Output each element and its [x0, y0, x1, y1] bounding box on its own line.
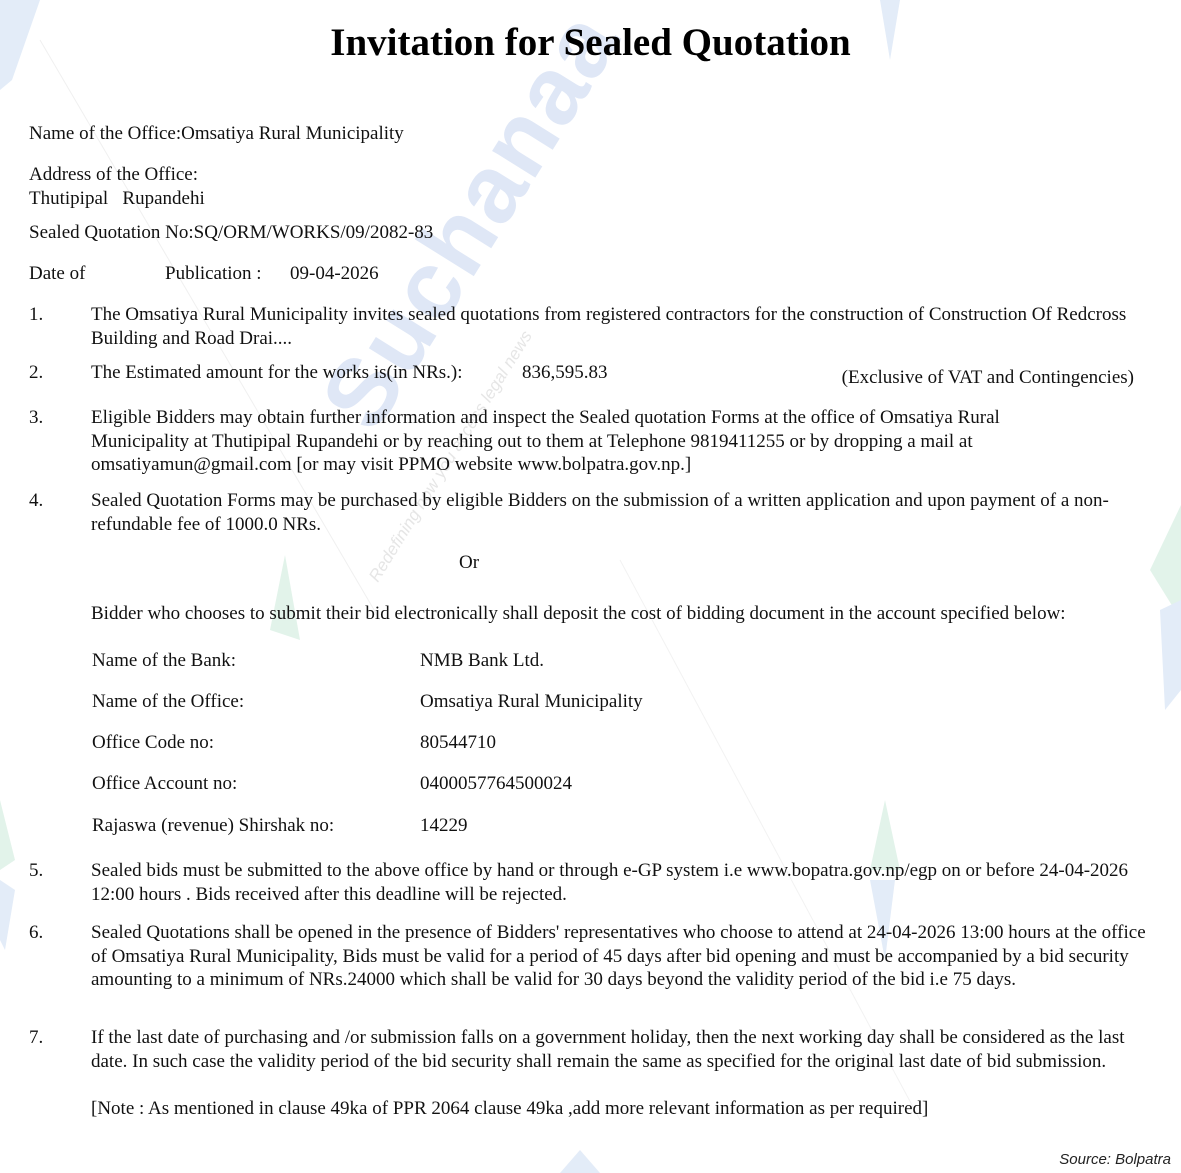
account-number-value: 0400057764500024 [420, 773, 572, 795]
office-code-label: Office Code no: [92, 732, 214, 754]
date-label-2: Publication : [165, 262, 262, 286]
office-name-line: Name of the Office:Omsatiya Rural Munici… [29, 122, 404, 146]
bank-name-value: NMB Bank Ltd. [420, 650, 544, 672]
office-address-label: Address of the Office: [29, 163, 198, 187]
quotation-number-line: Sealed Quotation No:SQ/ORM/WORKS/09/2082… [29, 221, 433, 245]
revenue-shirshak-value: 14229 [420, 815, 468, 837]
clause-6-number: 6. [29, 921, 43, 945]
clause-7-text: If the last date of purchasing and /or s… [91, 1026, 1156, 1073]
or-separator: Or [459, 551, 479, 575]
source-credit: Source: Bolpatra [1059, 1151, 1171, 1168]
bank-office-value: Omsatiya Rural Municipality [420, 691, 643, 713]
electronic-deposit-text: Bidder who chooses to submit their bid e… [91, 602, 1066, 626]
amount-note: (Exclusive of VAT and Contingencies) [842, 366, 1134, 390]
clause-1-number: 1. [29, 303, 43, 327]
clause-3-number: 3. [29, 406, 43, 430]
clause-1-text: The Omsatiya Rural Municipality invites … [91, 303, 1153, 350]
account-number-label: Office Account no: [92, 773, 237, 795]
clause-6-text: Sealed Quotations shall be opened in the… [91, 921, 1156, 992]
clause-3-text: Eligible Bidders may obtain further info… [91, 406, 1091, 477]
clause-7-note: [Note : As mentioned in clause 49ka of P… [91, 1097, 928, 1121]
office-address-value: Thutipipal Rupandehi [29, 187, 205, 211]
office-name-value: Omsatiya Rural Municipality [181, 123, 404, 144]
page-title: Invitation for Sealed Quotation [0, 20, 1181, 65]
bank-office-label: Name of the Office: [92, 691, 244, 713]
quotation-number-label: Sealed Quotation No: [29, 222, 194, 243]
date-label-1: Date of [29, 262, 85, 286]
clause-5-text: Sealed bids must be submitted to the abo… [91, 859, 1156, 906]
clause-5-number: 5. [29, 859, 43, 883]
office-name-label: Name of the Office: [29, 123, 181, 144]
estimated-amount: 836,595.83 [522, 361, 608, 385]
clause-2-text: The Estimated amount for the works is(in… [91, 361, 463, 385]
quotation-number-value: SQ/ORM/WORKS/09/2082-83 [194, 222, 434, 243]
publication-date: 09-04-2026 [290, 262, 379, 286]
clause-4-number: 4. [29, 489, 43, 513]
revenue-shirshak-label: Rajaswa (revenue) Shirshak no: [92, 815, 334, 837]
clause-7-number: 7. [29, 1026, 43, 1050]
office-code-value: 80544710 [420, 732, 496, 754]
bank-name-label: Name of the Bank: [92, 650, 236, 672]
clause-2-number: 2. [29, 361, 43, 385]
clause-4-text: Sealed Quotation Forms may be purchased … [91, 489, 1156, 536]
